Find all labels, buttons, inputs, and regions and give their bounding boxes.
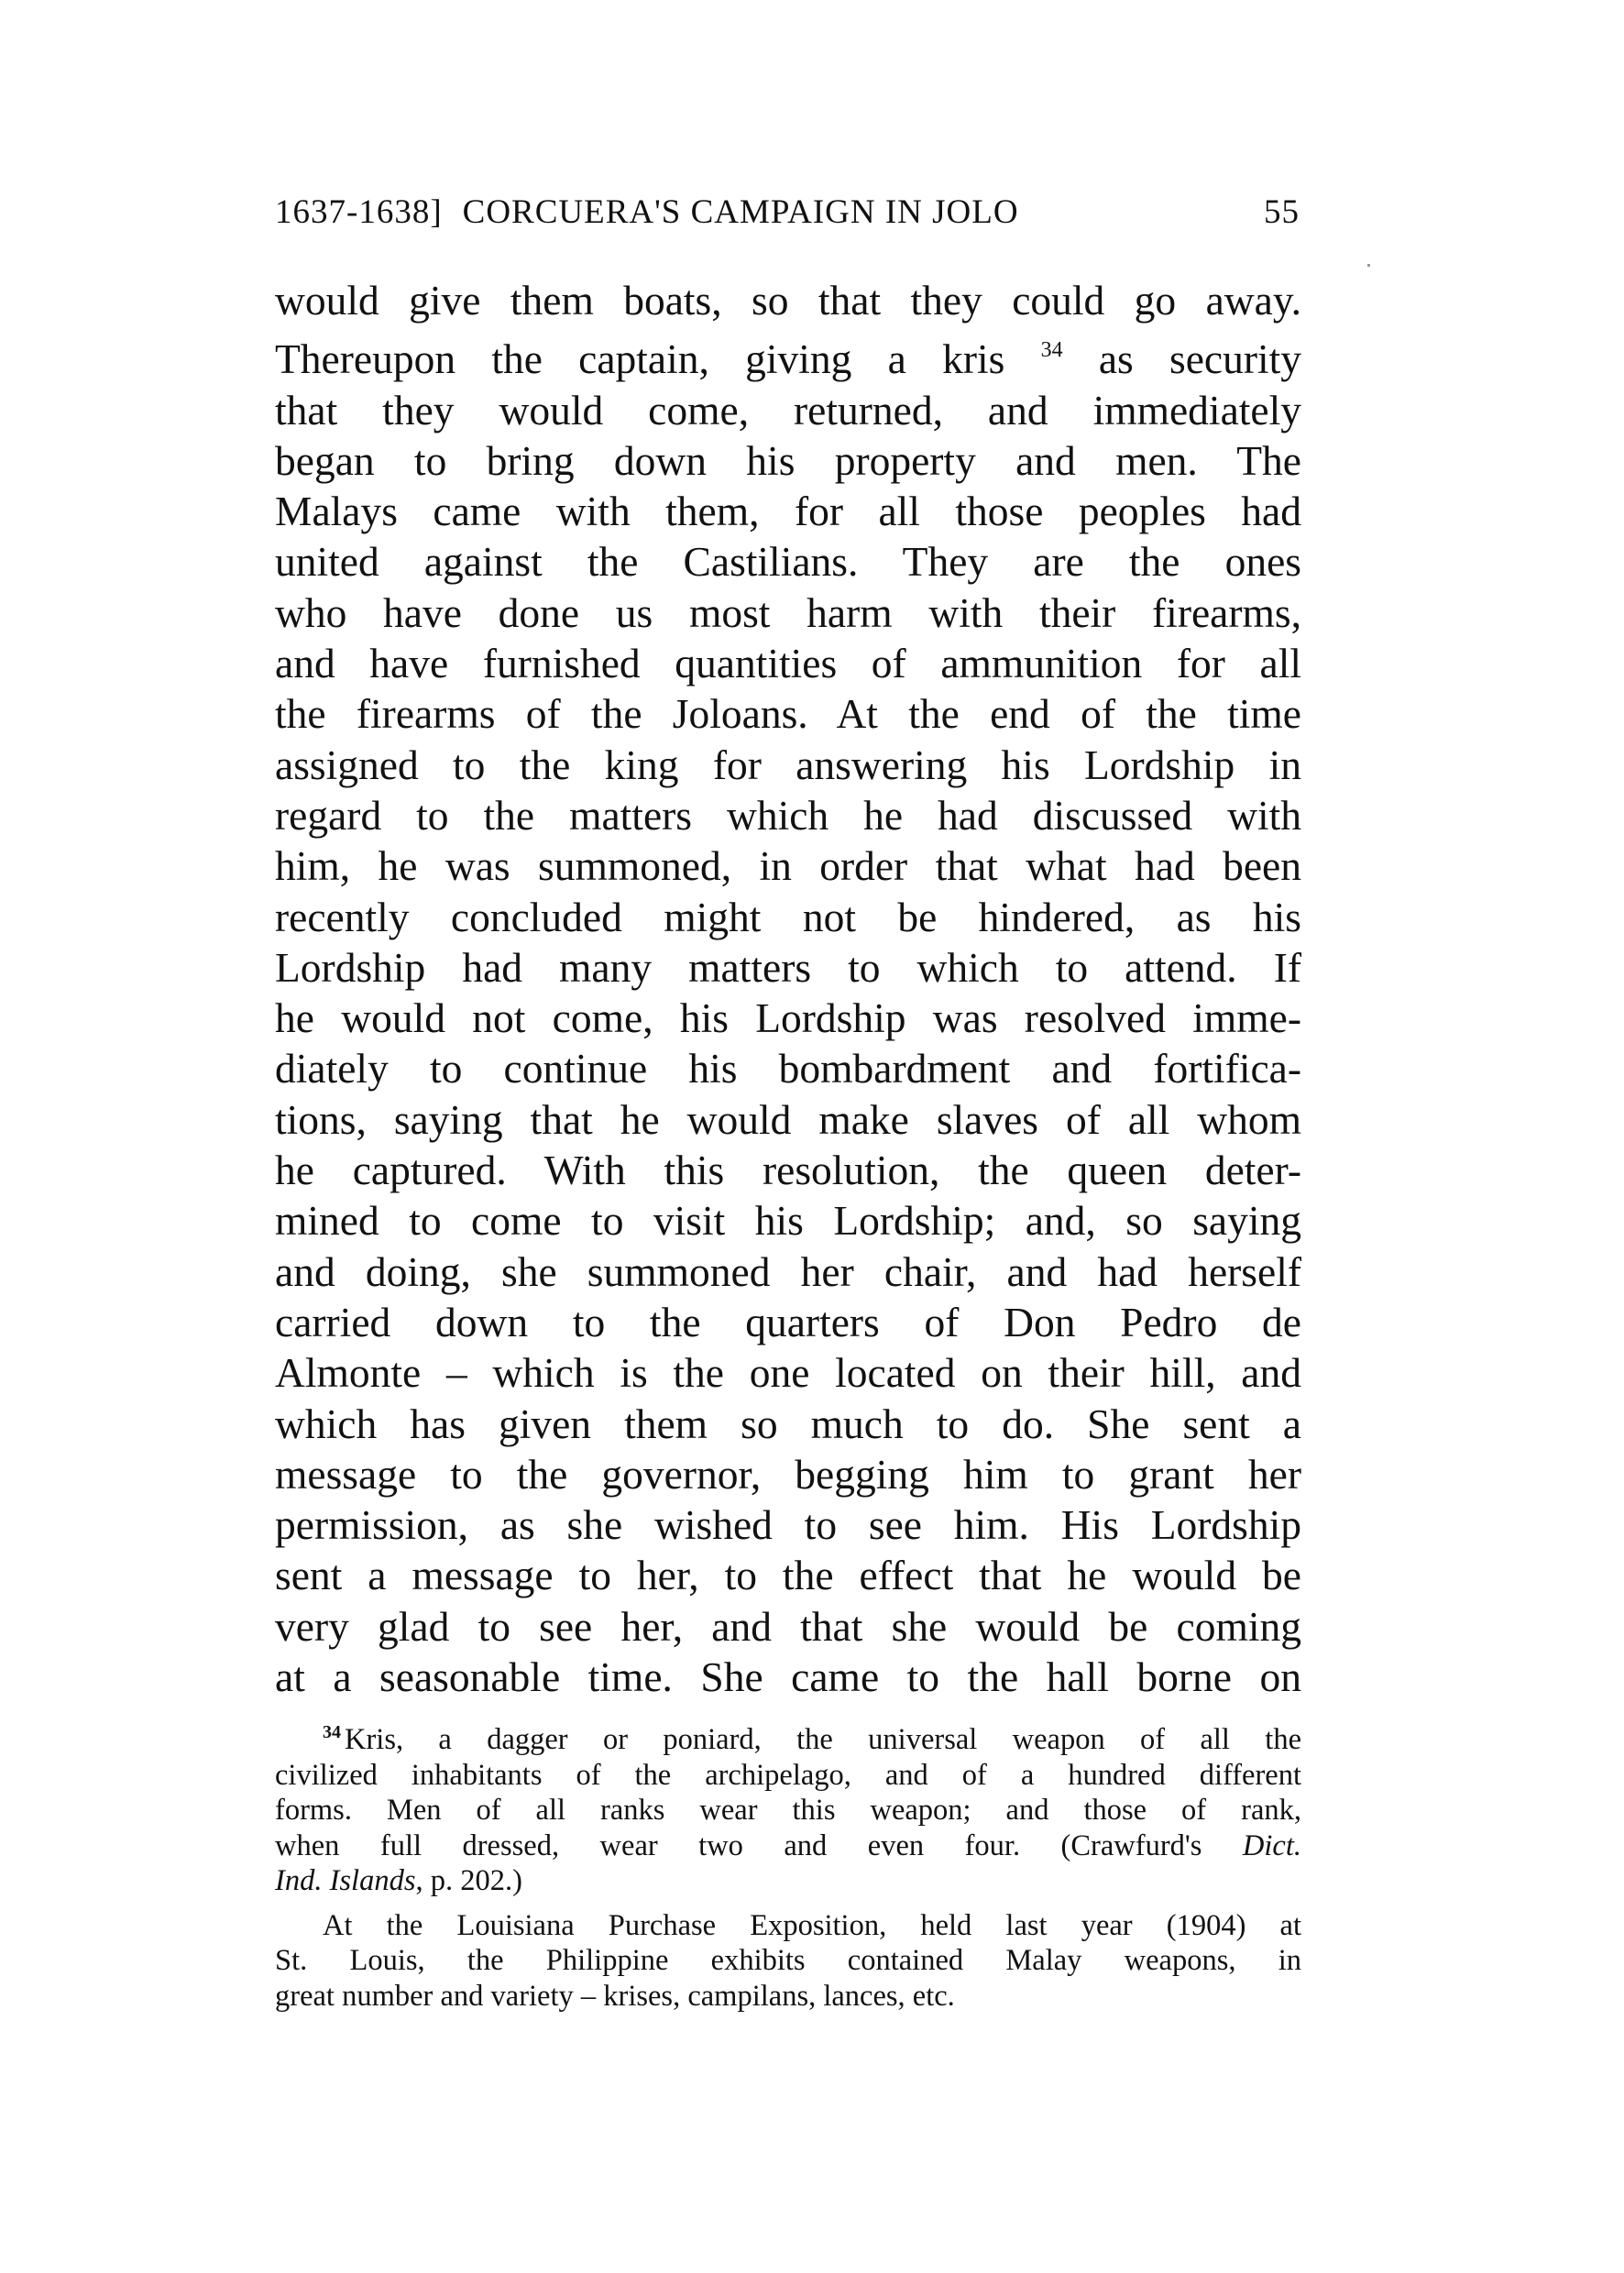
body-line: which has given them so much to do. She …: [275, 1399, 1301, 1449]
footnote-marker: 34: [323, 1722, 341, 1742]
body-line: carried down to the quarters of Don Pedr…: [275, 1297, 1301, 1347]
footnote-line: 34Kris, a dagger or poniard, the univers…: [275, 1715, 1301, 1758]
running-head-title: CORCUERA'S CAMPAIGN IN JOLO: [463, 192, 1264, 232]
footnote-text: when full dressed, wear two and even fou…: [275, 1829, 1202, 1862]
body-line: recently concluded might not be hindered…: [275, 892, 1301, 942]
body-line: and have furnished quantities of ammunit…: [275, 638, 1301, 688]
body-line: the firearms of the Joloans. At the end …: [275, 688, 1301, 739]
body-line: diately to continue his bombardment and …: [275, 1043, 1301, 1093]
scan-speck: [1367, 264, 1370, 267]
body-line: Almonte – which is the one located on th…: [275, 1347, 1301, 1398]
body-line: would give them boats, so that they coul…: [275, 275, 1301, 325]
footnotes: 34Kris, a dagger or poniard, the univers…: [275, 1715, 1301, 2014]
footnote-line: great number and variety – krises, campi…: [275, 1979, 1301, 2015]
footnote-line: when full dressed, wear two and even fou…: [275, 1828, 1301, 1864]
page-number: 55: [1264, 192, 1300, 232]
body-line: message to the governor, begging him to …: [275, 1449, 1301, 1499]
footnote-line: Ind. Islands, p. 202.): [275, 1863, 1301, 1899]
body-line-part: Thereupon the captain, giving a kris: [275, 335, 1004, 382]
body-line: very glad to see her, and that she would…: [275, 1601, 1301, 1652]
footnote-line: St. Louis, the Philippine exhibits conta…: [275, 1943, 1301, 1979]
body-line: regard to the matters which he had discu…: [275, 790, 1301, 840]
body-text: would give them boats, so that they coul…: [275, 275, 1301, 1702]
body-line-part: as security: [1099, 335, 1301, 382]
body-line: Thereupon the captain, giving a kris 34 …: [275, 325, 1301, 384]
footnote-line: forms. Men of all ranks wear this weapon…: [275, 1793, 1301, 1828]
body-line: Lordship had many matters to which to at…: [275, 942, 1301, 993]
citation-italic: Ind. Islands: [275, 1864, 415, 1897]
body-line: that they would come, returned, and imme…: [275, 385, 1301, 435]
body-line: mined to come to visit his Lordship; and…: [275, 1195, 1301, 1246]
body-line: permission, as she wished to see him. Hi…: [275, 1499, 1301, 1550]
citation-italic: Dict.: [1243, 1829, 1301, 1862]
body-line: began to bring down his property and men…: [275, 435, 1301, 486]
citation-tail: , p. 202.): [415, 1864, 521, 1897]
footnote-34: 34Kris, a dagger or poniard, the univers…: [275, 1715, 1301, 1899]
footnote-text: Kris, a dagger or poniard, the universal…: [345, 1723, 1301, 1756]
book-page: 1637-1638] CORCUERA'S CAMPAIGN IN JOLO 5…: [275, 192, 1301, 2014]
footnote-ref-34[interactable]: 34: [1041, 338, 1063, 362]
body-line: united against the Castilians. They are …: [275, 536, 1301, 587]
running-head-years: 1637-1638]: [275, 192, 443, 232]
footnote-line: civilized inhabitants of the archipelago…: [275, 1758, 1301, 1794]
body-line: who have done us most harm with their fi…: [275, 587, 1301, 638]
body-line: Malays came with them, for all those peo…: [275, 486, 1301, 536]
body-line: him, he was summoned, in order that what…: [275, 840, 1301, 891]
body-line: and doing, she summoned her chair, and h…: [275, 1246, 1301, 1297]
body-line: assigned to the king for answering his L…: [275, 740, 1301, 790]
body-line: at a seasonable time. She came to the ha…: [275, 1652, 1301, 1702]
body-line: tions, saying that he would make slaves …: [275, 1094, 1301, 1145]
footnote-line: At the Louisiana Purchase Exposition, he…: [275, 1908, 1301, 1944]
body-line: he would not come, his Lordship was reso…: [275, 993, 1301, 1043]
running-head: 1637-1638] CORCUERA'S CAMPAIGN IN JOLO 5…: [275, 192, 1301, 266]
footnote-addendum: At the Louisiana Purchase Exposition, he…: [275, 1908, 1301, 2015]
body-line: sent a message to her, to the effect tha…: [275, 1550, 1301, 1600]
body-line: he captured. With this resolution, the q…: [275, 1145, 1301, 1195]
